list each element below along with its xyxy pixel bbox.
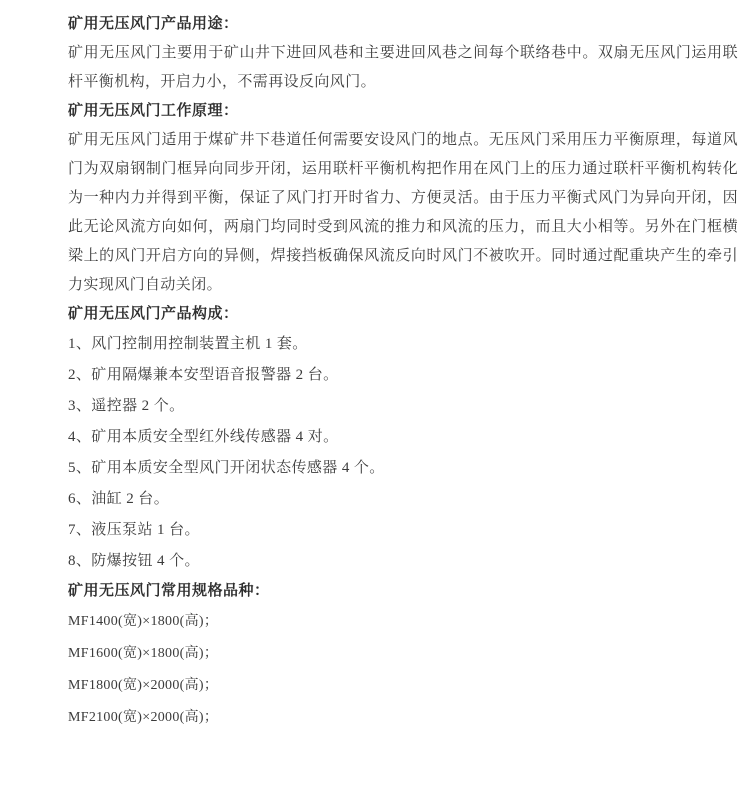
list-item: 6、油缸 2 台。 xyxy=(68,484,738,515)
section-heading: 矿用无压风门产品构成： xyxy=(68,300,738,329)
list-item: 2、矿用隔爆兼本安型语音报警器 2 台。 xyxy=(68,360,738,391)
document-section: 矿用无压风门产品用途：矿用无压风门主要用于矿山井下进回风巷和主要进回风巷之间每个… xyxy=(68,10,738,97)
list-item: MF1800(宽)×2000(高)； xyxy=(68,670,738,702)
document-section: 矿用无压风门产品构成：1、风门控制用控制装置主机 1 套。2、矿用隔爆兼本安型语… xyxy=(68,300,738,577)
document-body: 矿用无压风门产品用途：矿用无压风门主要用于矿山井下进回风巷和主要进回风巷之间每个… xyxy=(0,0,748,734)
document-section: 矿用无压风门常用规格品种：MF1400(宽)×1800(高)；MF1600(宽)… xyxy=(68,577,738,734)
list-item: 1、风门控制用控制装置主机 1 套。 xyxy=(68,329,738,360)
document-page: 矿用无压风门产品用途：矿用无压风门主要用于矿山井下进回风巷和主要进回风巷之间每个… xyxy=(0,0,748,811)
list-item: MF1400(宽)×1800(高)； xyxy=(68,606,738,638)
paragraph-text: 矿用无压风门适用于煤矿井下巷道任何需要安设风门的地点。无压风门采用压力平衡原理，… xyxy=(68,126,738,300)
section-heading: 矿用无压风门产品用途： xyxy=(68,10,738,39)
list-item: MF2100(宽)×2000(高)； xyxy=(68,702,738,734)
section-heading: 矿用无压风门常用规格品种： xyxy=(68,577,738,606)
list-item: 3、遥控器 2 个。 xyxy=(68,391,738,422)
section-heading: 矿用无压风门工作原理： xyxy=(68,97,738,126)
list-item: 5、矿用本质安全型风门开闭状态传感器 4 个。 xyxy=(68,453,738,484)
list-item: 4、矿用本质安全型红外线传感器 4 对。 xyxy=(68,422,738,453)
list-item: MF1600(宽)×1800(高)； xyxy=(68,638,738,670)
paragraph-text: 矿用无压风门主要用于矿山井下进回风巷和主要进回风巷之间每个联络巷中。双扇无压风门… xyxy=(68,39,738,97)
document-section: 矿用无压风门工作原理：矿用无压风门适用于煤矿井下巷道任何需要安设风门的地点。无压… xyxy=(68,97,738,300)
list-item: 7、液压泵站 1 台。 xyxy=(68,515,738,546)
list-item: 8、防爆按钮 4 个。 xyxy=(68,546,738,577)
